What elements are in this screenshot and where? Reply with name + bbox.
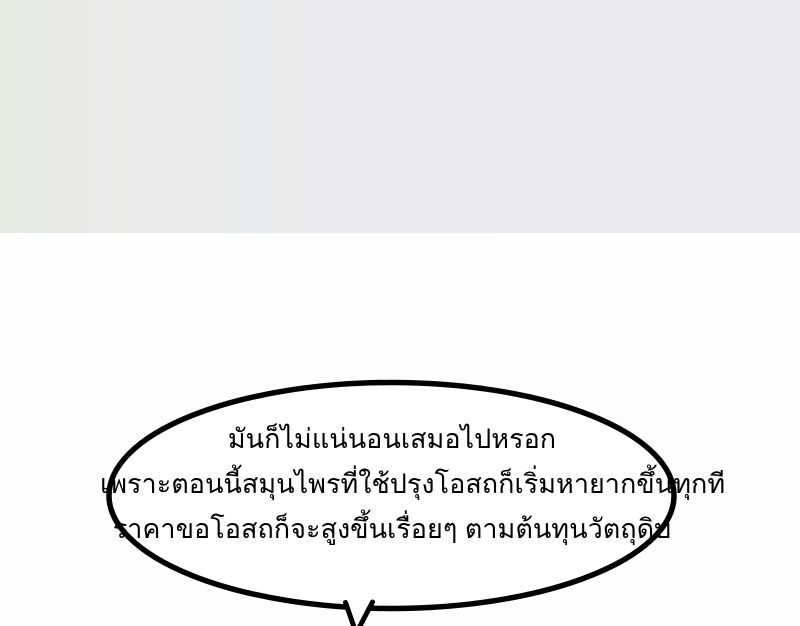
speech-bubble-text: มันก็ไม่แน่นอนเสมอไปหรอก เพราะตอนนี้สมุน… <box>100 417 684 552</box>
comic-panel: มันก็ไม่แน่นอนเสมอไปหรอก เพราะตอนนี้สมุน… <box>0 0 800 626</box>
speech-line-1: มันก็ไม่แน่นอนเสมอไปหรอก <box>100 417 684 462</box>
speech-line-2: เพราะตอนนี้สมุนไพรที่ใช้ปรุงโอสถก็เริ่มห… <box>100 462 684 507</box>
speech-line-3: ราคาขอโอสถก็จะสูงขึ้นเรื่อยๆ ตามต้นทุนวั… <box>100 507 684 552</box>
